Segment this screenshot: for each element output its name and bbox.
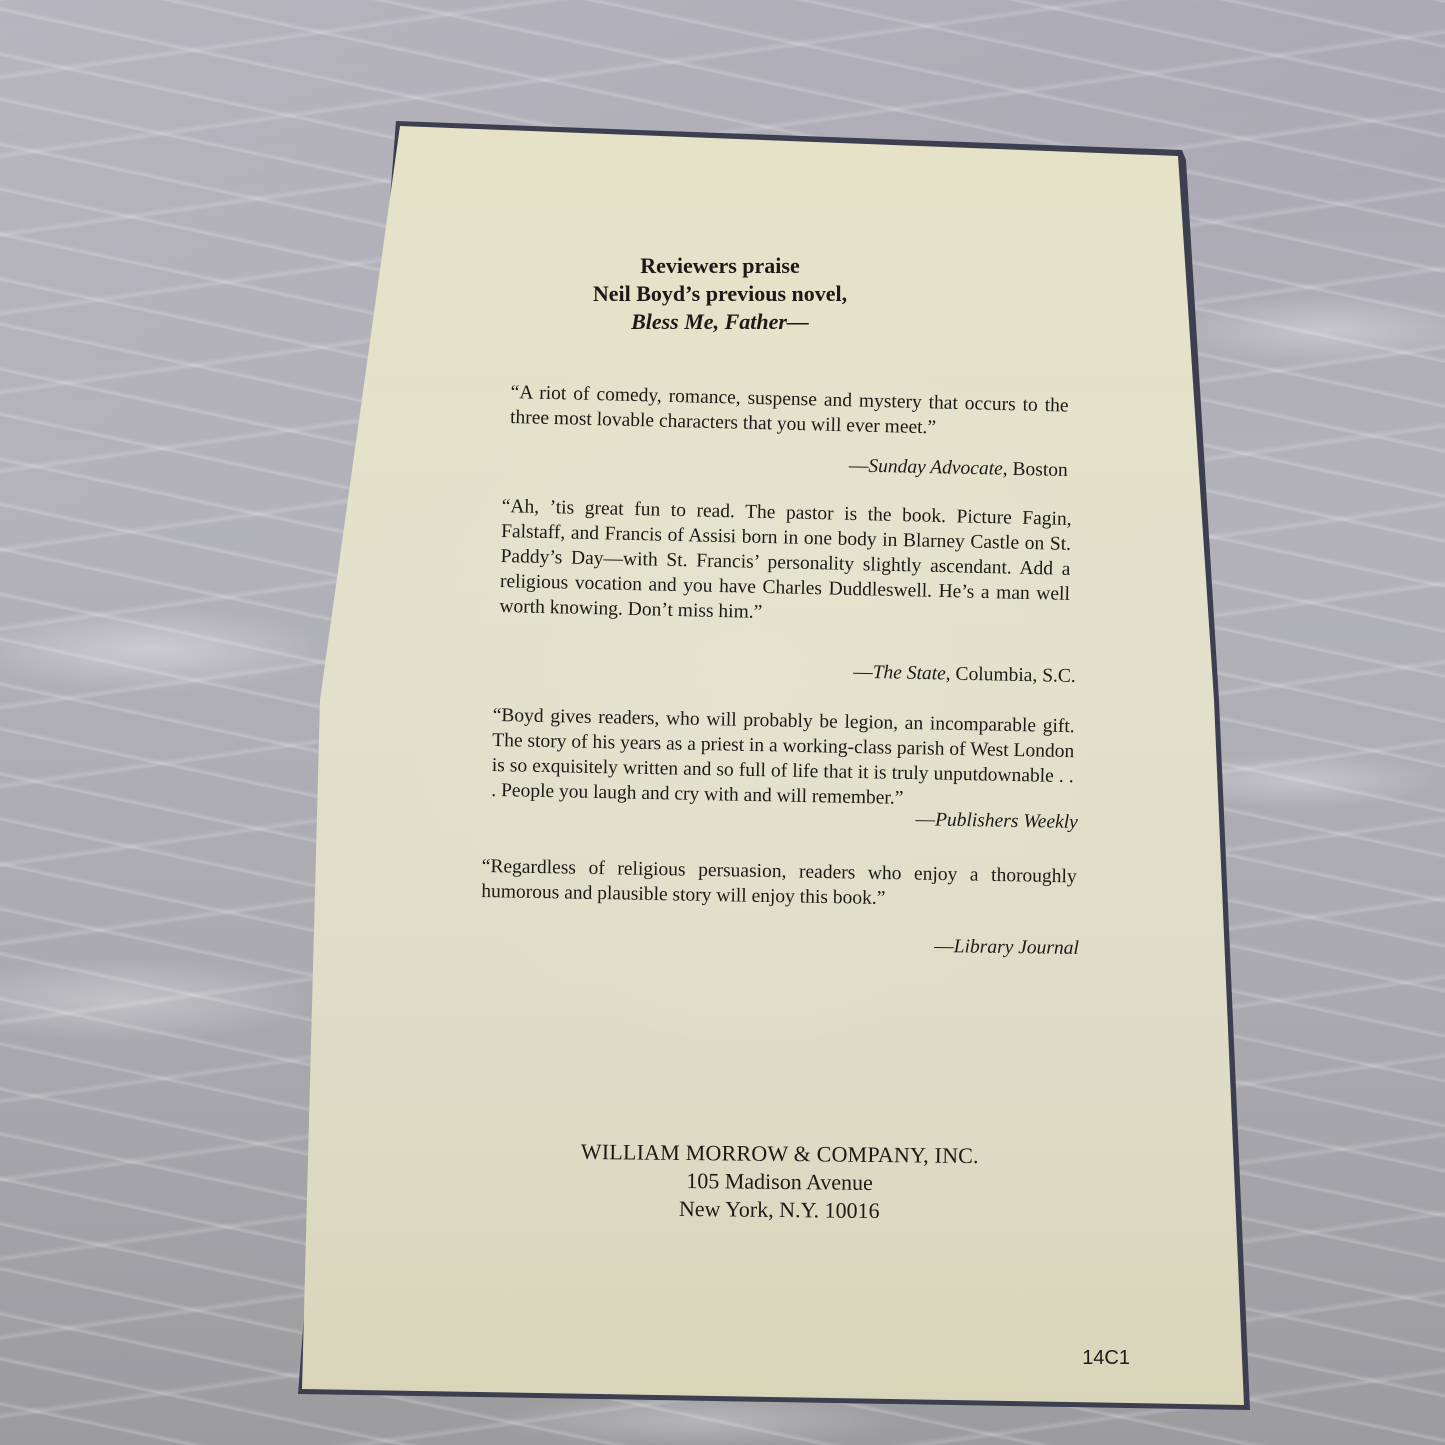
review-quote-4: “Regardless of religious persuasion, rea… [481,854,1077,914]
attribution-dash: — [853,662,873,683]
attribution-source: Sunday Advocate [868,456,1003,480]
review-attribution-1: —Sunday Advocate, Boston [700,452,1068,482]
publisher-city: New York, N.Y. 10016 [499,1193,1059,1227]
heading-line-2: Neil Boyd’s previous novel, [480,280,960,308]
attribution-location: , Columbia, S.C. [946,664,1076,687]
review-heading: Reviewers praise Neil Boyd’s previous no… [480,252,960,336]
review-quote-1: “A riot of comedy, romance, suspense and… [510,380,1069,444]
review-quote-2: “Ah, ’tis great fun to read. The pastor … [499,494,1072,632]
attribution-location: , Boston [1003,459,1068,481]
review-attribution-2: —The State, Columbia, S.C. [700,659,1076,688]
jacket-code: 14C1 [1050,1347,1130,1370]
review-attribution-4: —Library Journal [700,933,1079,960]
review-quote-3: “Boyd gives readers, who will probably b… [491,703,1075,814]
heading-book-title: Bless Me, Father— [480,308,960,336]
attribution-source: The State [872,662,946,684]
attribution-dash: — [849,455,869,476]
attribution-source: Publishers Weekly [935,810,1078,833]
publisher-name: WILLIAM MORROW & COMPANY, INC. [500,1137,1060,1171]
attribution-source: Library Journal [954,936,1079,959]
cover-text-layer: Reviewers praise Neil Boyd’s previous no… [0,0,1445,1445]
publisher-block: WILLIAM MORROW & COMPANY, INC. 105 Madis… [499,1137,1060,1227]
attribution-dash: — [934,936,954,957]
heading-line-1: Reviewers praise [480,252,960,280]
attribution-dash: — [915,809,935,830]
